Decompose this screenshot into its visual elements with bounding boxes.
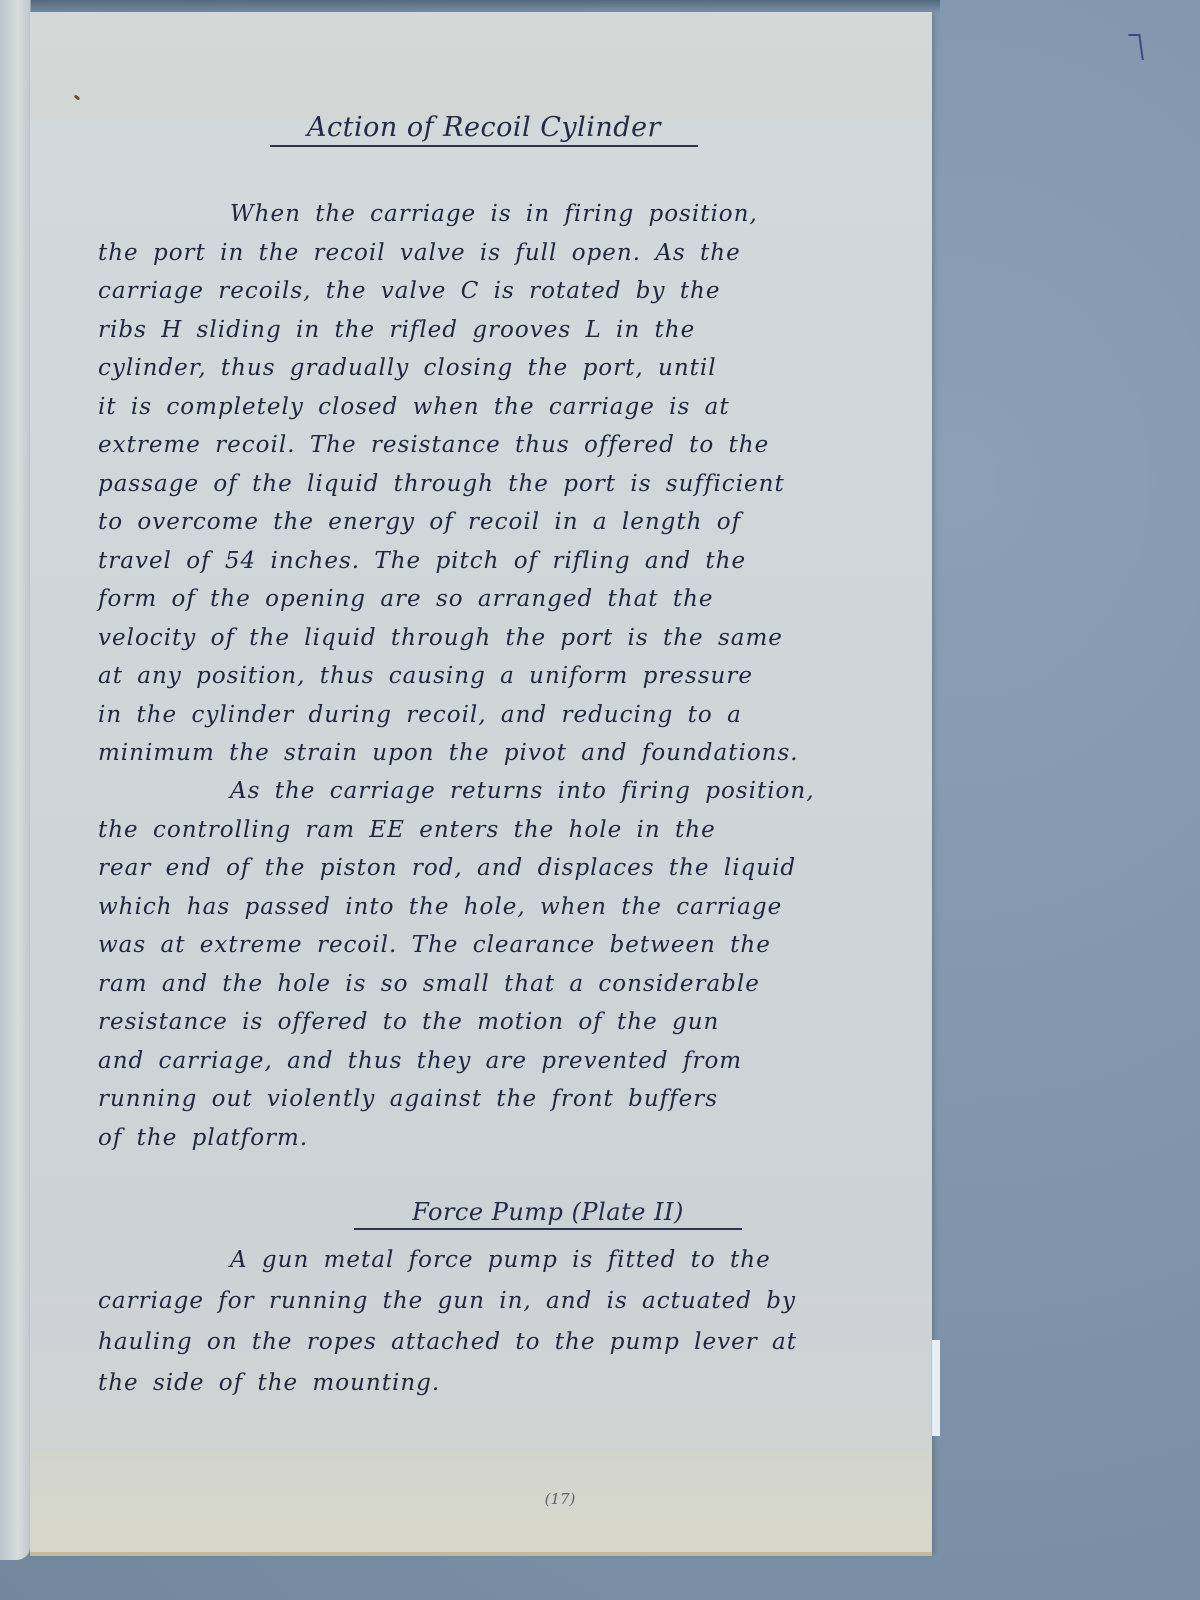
text-line: was at extreme recoil. The clearance bet…	[98, 926, 928, 965]
text-line: passage of the liquid through the port i…	[98, 465, 928, 504]
text-line: it is completely closed when the carriag…	[98, 388, 928, 427]
section-heading-recoil-cylinder: Action of Recoil Cylinder	[270, 112, 698, 147]
text-line: ribs H sliding in the rifled grooves L i…	[98, 311, 928, 350]
text-line: at any position, thus causing a uniform …	[98, 657, 928, 696]
text-line: the controlling ram EE enters the hole i…	[98, 811, 928, 850]
inserted-sheet-edge	[931, 1340, 940, 1436]
paragraph-return-action: As the carriage returns into firing posi…	[98, 772, 928, 1157]
text-line: the port in the recoil valve is full ope…	[98, 234, 928, 273]
text-line: of the platform.	[98, 1119, 928, 1158]
text-line: form of the opening are so arranged that…	[98, 580, 928, 619]
text-line: the side of the mounting.	[98, 1363, 928, 1404]
text-line: in the cylinder during recoil, and reduc…	[98, 696, 928, 735]
text-line: minimum the strain upon the pivot and fo…	[98, 734, 928, 773]
text-line: hauling on the ropes attached to the pum…	[98, 1322, 928, 1363]
text-line: travel of 54 inches. The pitch of riflin…	[98, 542, 928, 581]
previous-page-edge	[0, 0, 31, 1560]
text-line: resistance is offered to the motion of t…	[98, 1003, 928, 1042]
page-bottom-fold	[30, 1452, 932, 1556]
text-line: to overcome the energy of recoil in a le…	[98, 503, 928, 542]
text-line: When the carriage is in firing position,	[98, 195, 928, 234]
text-line: ram and the hole is so small that a cons…	[98, 965, 928, 1004]
section-heading-force-pump: Force Pump (Plate II)	[354, 1198, 742, 1230]
text-line: cylinder, thus gradually closing the por…	[98, 349, 928, 388]
text-line: carriage recoils, the valve C is rotated…	[98, 272, 928, 311]
text-line: A gun metal force pump is fitted to the	[98, 1240, 928, 1281]
text-line: running out violently against the front …	[98, 1080, 928, 1119]
text-line: velocity of the liquid through the port …	[98, 619, 928, 658]
text-line: which has passed into the hole, when the…	[98, 888, 928, 927]
text-line: and carriage, and thus they are prevente…	[98, 1042, 928, 1081]
paragraph-recoil-action: When the carriage is in firing position,…	[98, 195, 928, 773]
text-line: rear end of the piston rod, and displace…	[98, 849, 928, 888]
text-line: carriage for running the gun in, and is …	[98, 1281, 928, 1322]
text-line: extreme recoil. The resistance thus offe…	[98, 426, 928, 465]
paragraph-force-pump: A gun metal force pump is fitted to the …	[98, 1240, 928, 1404]
text-line: As the carriage returns into firing posi…	[98, 772, 928, 811]
page-number: (17)	[530, 1490, 590, 1508]
page-top-fold	[30, 12, 932, 120]
